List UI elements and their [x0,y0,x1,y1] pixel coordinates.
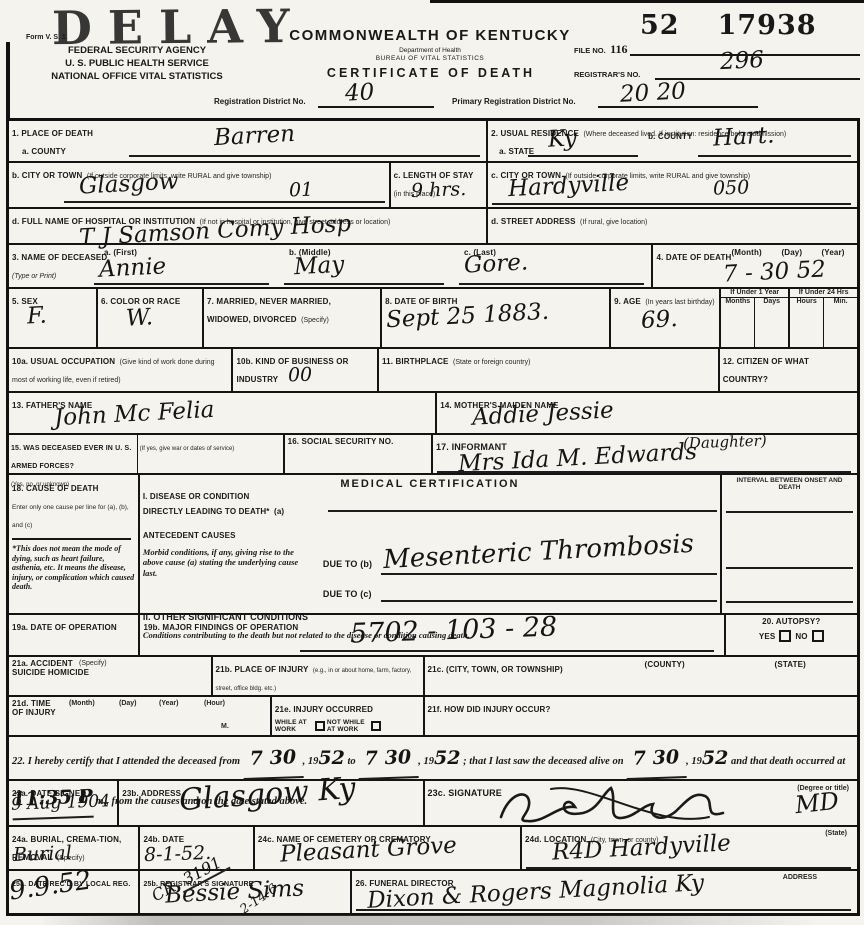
age-months-label: Months [721,298,755,347]
age-under-24h: If Under 24 Hrs Hours Min. [790,289,857,347]
death-date-title: 4. DATE OF DEATH [656,253,731,262]
antecedent-label: ANTECEDENT CAUSES [143,531,236,540]
degree-title-value: MD [794,787,841,819]
certify-text-4: , 19 [418,756,434,767]
registration-district-value: 40 [344,79,375,106]
certify-from-year: 52 [318,747,344,769]
top-border-line [430,0,864,3]
name-middle-line [284,283,444,285]
interval-line-b [726,567,853,569]
field-operation-findings: 19b. MAJOR FINDINGS OF OPERATION 5702 - … [140,615,725,655]
signature-scrawl [495,783,745,827]
registration-district-label: Registration District No. [214,97,306,106]
morbid-note: Morbid conditions, if any, giving rise t… [143,547,303,578]
age-under-1-label: If Under 1 Year [721,289,788,298]
field-autopsy: 20. AUTOPSY? YES NO [726,615,857,655]
county-label: a. COUNTY [22,147,66,156]
certify-to-value: 7 30 [358,738,419,780]
certificate-title: CERTIFICATE OF DEATH [300,66,562,80]
registrar-no-line [655,78,860,80]
medical-certification-title: MEDICAL CERTIFICATION [143,478,717,490]
injury-not-while-label: NOT WHILE AT WORK [327,719,369,734]
certify-alive-value: 7 30 [625,738,686,780]
field-injury-occurred: 21e. INJURY OCCURRED WHILE AT WORK NOT W… [272,697,425,735]
operation-findings-value: 5702 - 103 - 28 [350,611,558,649]
due-to-c-line [381,600,717,602]
field-father-name: 13. FATHER'S NAME John Mc Felia [9,393,437,433]
certify-text-6: alive on [589,756,623,767]
injury-time-m: M. [221,723,229,731]
field-burial-kind: 24a. BURIAL, CREMA-TION, REMOVAL (Specif… [9,827,140,869]
county-line [129,155,480,157]
cause-label: 18. CAUSE OF DEATH [12,484,99,493]
place-city-label: b. CITY OR TOWN [12,171,82,180]
field-birthplace: 11. BIRTHPLACE (State or foreign country… [379,349,720,391]
injury-while-at-work-label: WHILE AT WORK [275,719,313,734]
field-length-of-stay: c. LENGTH OF STAY (in this place) 9 hrs. [391,163,489,207]
certify-num: 22. [12,756,25,767]
certify-text-5: ; that I last saw the deceased [463,756,587,767]
operation-findings-line [300,650,713,652]
funeral-director-address-label: ADDRESS [783,874,817,882]
field-interval-onset-death: INTERVAL BETWEEN ONSET AND DEATH [722,475,857,613]
field-mother-name: 14. MOTHER'S MAIDEN NAME Addie Jessie [437,393,857,433]
field-place-of-death-county: 1. PLACE OF DEATH a. COUNTY Barren [9,121,488,161]
injury-time-day: (Day) [119,700,137,708]
injury-place-label: 21b. PLACE OF INJURY [216,665,309,674]
certify-text-7: , 19 [686,756,702,767]
birthplace-label: 11. BIRTHPLACE [382,357,449,366]
field-street-address: d. STREET ADDRESS (If rural, give locati… [488,209,857,243]
agency-line-2: U. S. PUBLIC HEALTH SERVICE [8,58,266,71]
race-value: W. [125,304,153,331]
field-time-of-injury: 21d. TIME OF INJURY (Month) (Day) (Year)… [9,697,272,735]
name-last-line [459,283,644,285]
agency-line-1: FEDERAL SECURITY AGENCY [8,45,266,58]
field-medical-certification: MEDICAL CERTIFICATION I. DISEASE OR COND… [140,475,722,613]
certify-text-8: and that death occurred at [731,756,845,767]
injury-loc-state: (STATE) [775,660,806,669]
field-date-of-operation: 19a. DATE OF OPERATION [9,615,140,655]
field-physician-signature: 23c. SIGNATURE (Degree or title) MD [425,781,858,825]
armed-forces-note2: (If yes, give war or dates of service) [140,446,235,452]
death-date-day-label: (Day) [781,248,802,257]
injury-while-at-work-checkbox [315,721,325,731]
autopsy-label: 20. AUTOPSY? [729,617,854,626]
age-label: 9. AGE [614,297,641,306]
field-informant: 17. INFORMANT (Daughter) Mrs Ida M. Edwa… [433,435,857,473]
injury-time-label: 21d. TIME OF INJURY [12,699,57,717]
certify-from-value: 7 30 [242,738,303,780]
place-city-value: Glasgow [78,168,179,199]
street-label: d. STREET ADDRESS [491,217,575,226]
field-age-subdivisions: If Under 1 Year Months Days If Under 24 … [721,289,857,347]
residence-city-code: 050 [713,176,750,199]
field-sex: 5. SEX F. [9,289,98,347]
residence-county-label: b. COUNTY [648,132,692,141]
injury-time-month: (Month) [69,700,95,708]
residence-state-value: Ky [547,125,577,152]
field-occupation: 10a. USUAL OCCUPATION (Give kind of work… [9,349,233,391]
due-to-b-label: DUE TO (b) [323,559,372,569]
age-under-24h-label: If Under 24 Hrs [790,289,857,298]
registrar-no-value: 296 [719,47,764,75]
cause-divider [12,538,131,540]
interval-label: INTERVAL BETWEEN ONSET AND DEATH [725,477,854,491]
field-hospital: d. FULL NAME OF HOSPITAL OR INSTITUTION … [9,209,488,243]
street-note: (If rural, give location) [580,219,647,226]
death-date-month-label: (Month) [731,248,761,257]
disease-label-2: DIRECTLY LEADING TO DEATH* [143,507,270,516]
autopsy-no-label: NO [795,632,807,641]
operation-findings-label: 19b. MAJOR FINDINGS OF OPERATION [143,623,298,632]
date-received-value: 9.9.52 [7,865,93,906]
age-days-label: Days [755,298,788,347]
burial-location-state-label: (State) [825,830,847,838]
serial-year: 52 [640,10,680,41]
age-note: (In years last birthday) [645,299,714,306]
field-accident-suicide-homicide: 21a. ACCIDENT SUICIDE HOMICIDE (Specify) [9,657,213,695]
age-min-label: Min. [824,298,857,347]
field-name-of-deceased: 3. NAME OF DECEASED (Type or Print) a. (… [9,245,653,287]
primary-district-value: 20 20 [619,78,686,107]
bureau-line: BUREAU OF VITAL STATISTICS [330,55,530,62]
funeral-director-value: Dixon & Rogers Magnolia Ky [367,870,705,914]
residence-county-value: Hart. [712,122,775,151]
ssn-label: 16. SOCIAL SECURITY NO. [288,437,428,446]
sex-value: F. [26,303,47,330]
date-signed-value: 9 Aug 1904 [11,791,111,814]
field-date-of-birth: 8. DATE OF BIRTH Sept 25 1883. [382,289,611,347]
certify-text-3: to [348,756,356,767]
cause-note1: Enter only one cause per line for (a), (… [12,504,129,529]
name-note: (Type or Print) [12,273,56,280]
citizen-label: 12. CITIZEN OF WHAT COUNTRY? [723,357,809,384]
occupation-label: 10a. USUAL OCCUPATION [12,357,115,366]
field-funeral-director: 26. FUNERAL DIRECTOR ADDRESS Dixon & Rog… [352,871,857,913]
place-city-code: 01 [289,179,314,202]
burial-kind-value: Burial [13,842,72,866]
certificate-serial-stamp: 5217938 [640,10,817,41]
field-date-received: 25a. DATE REC'D BY LOCAL REG. 9.9.52 [9,871,140,913]
field-industry: 10b. KIND OF BUSINESS OR INDUSTRY 00 [233,349,379,391]
field-ssn: 16. SOCIAL SECURITY NO. [285,435,433,473]
injury-kind-note: (Specify) [79,660,107,668]
interval-line-c [726,601,853,603]
autopsy-no-checkbox [812,630,824,642]
file-no-value: 116 [610,42,627,56]
place-of-death-title: 1. PLACE OF DEATH [12,129,93,138]
serial-number: 17938 [718,10,817,41]
autopsy-yes-checkbox [779,630,791,642]
certify-text-2: , 19 [303,756,319,767]
injury-occurred-label: 21e. INJURY OCCURRED [275,705,373,714]
field-age: 9. AGE (In years last birthday) 69. [611,289,721,347]
disease-label-1: I. DISEASE OR CONDITION [143,492,717,501]
due-to-c-label: DUE TO (c) [323,589,372,599]
name-first-line [94,283,269,285]
agency-block: FEDERAL SECURITY AGENCY U. S. PUBLIC HEA… [8,45,266,83]
field-place-city: b. CITY OR TOWN (If outside corporate li… [9,163,391,207]
county-value: Barren [213,121,295,151]
injury-not-while-checkbox [371,721,381,731]
age-hours-label: Hours [790,298,824,347]
certify-to-year: 52 [434,747,460,769]
commonwealth-title: COMMONWEALTH OF KENTUCKY [270,27,590,44]
age-under-1-year: If Under 1 Year Months Days [721,289,790,347]
scan-smudge [40,915,820,925]
field-attending-certification: 22. I hereby certify that I attended the… [9,737,857,779]
residence-county-line [698,155,851,157]
marital-note: (Specify) [301,317,329,324]
age-value: 69. [640,306,678,334]
due-to-b-line [381,573,717,575]
certify-alive-year: 52 [702,747,728,769]
armed-forces-label: 15. WAS DECEASED EVER IN U. S. ARMED FOR… [11,445,131,470]
certify-text-1: I hereby certify that I attended the dec… [28,756,240,767]
residence-state-line [528,155,638,157]
stay-value: 9 hrs. [410,178,466,202]
field-date-of-death: 4. DATE OF DEATH (Month) (Day) (Year) 7 … [653,245,857,287]
form-number: Form V. S. 1 [26,34,66,41]
field-injury-location: 21c. (CITY, TOWN, OR TOWNSHIP) (COUNTY) … [425,657,857,695]
death-date-value: 7 - 30 52 [723,256,827,287]
signature-label: 23c. SIGNATURE [428,788,502,798]
injury-time-hour: (Hour) [204,700,225,708]
certificate-header: DELAY Form V. S. 1 FEDERAL SECURITY AGEN… [0,0,864,118]
name-last-value: Gore. [463,249,528,278]
physician-address-label: 23b. ADDRESS [122,789,181,798]
autopsy-yes-label: YES [759,632,775,641]
name-middle-value: May [293,252,345,281]
primary-district-label: Primary Registration District No. [452,97,576,106]
field-cause-of-death-sidebar: 18. CAUSE OF DEATH Enter only one cause … [9,475,140,613]
field-place-of-injury: 21b. PLACE OF INJURY (e.g., in or about … [213,657,425,695]
industry-value: 00 [288,364,313,387]
disease-a-line [328,510,717,512]
injury-how-label: 21f. HOW DID INJURY OCCUR? [428,705,551,714]
registrar-no-label: REGISTRAR'S NO. [574,70,640,79]
registration-district-line [318,106,434,108]
field-citizen: 12. CITIZEN OF WHAT COUNTRY? [720,349,857,391]
place-city-line [64,201,385,203]
name-title: 3. NAME OF DECEASED [12,253,107,262]
death-certificate-scan: DELAY Form V. S. 1 FEDERAL SECURITY AGEN… [0,0,864,925]
field-cemetery: 24c. NAME OF CEMETERY OR CREMATORY Pleas… [255,827,522,869]
certificate-form: 1. PLACE OF DEATH a. COUNTY Barren 2. US… [6,118,860,916]
name-first-value: Annie [98,253,166,282]
cause-note2: *This does not mean the mode of dying, s… [12,544,135,592]
department-line: Department of Health [330,47,530,54]
interval-line-a [726,511,853,513]
field-armed-forces: 15. WAS DECEASED EVER IN U. S. ARMED FOR… [9,435,285,473]
birthplace-note: (State or foreign country) [453,359,530,366]
burial-location-line [526,867,851,869]
field-marital-status: 7. MARRIED, NEVER MARRIED, WIDOWED, DIVO… [204,289,382,347]
agency-line-3: NATIONAL OFFICE VITAL STATISTICS [8,71,266,84]
field-residence-state-county: 2. USUAL RESIDENCE (Where deceased lived… [488,121,857,161]
file-no-label: FILE NO. [574,46,606,55]
disease-a-tag: (a) [274,507,284,516]
injury-loc-label: 21c. (CITY, TOWN, OR TOWNSHIP) [428,665,563,674]
field-race: 6. COLOR OR RACE W. [98,289,204,347]
residence-city-value: Hardyville [508,170,630,202]
field-burial-location: 24d. LOCATION (City, town, or county) (S… [522,827,857,869]
operation-date-label: 19a. DATE OF OPERATION [12,623,117,632]
injury-time-year: (Year) [159,700,178,708]
field-residence-city: c. CITY OR TOWN (If outside corporate li… [488,163,857,207]
field-physician-address: 23b. ADDRESS Glasgow Ky [119,781,424,825]
injury-loc-county: (COUNTY) [645,660,685,669]
field-how-injury-occurred: 21f. HOW DID INJURY OCCUR? [425,697,858,735]
residence-city-line [492,203,851,205]
